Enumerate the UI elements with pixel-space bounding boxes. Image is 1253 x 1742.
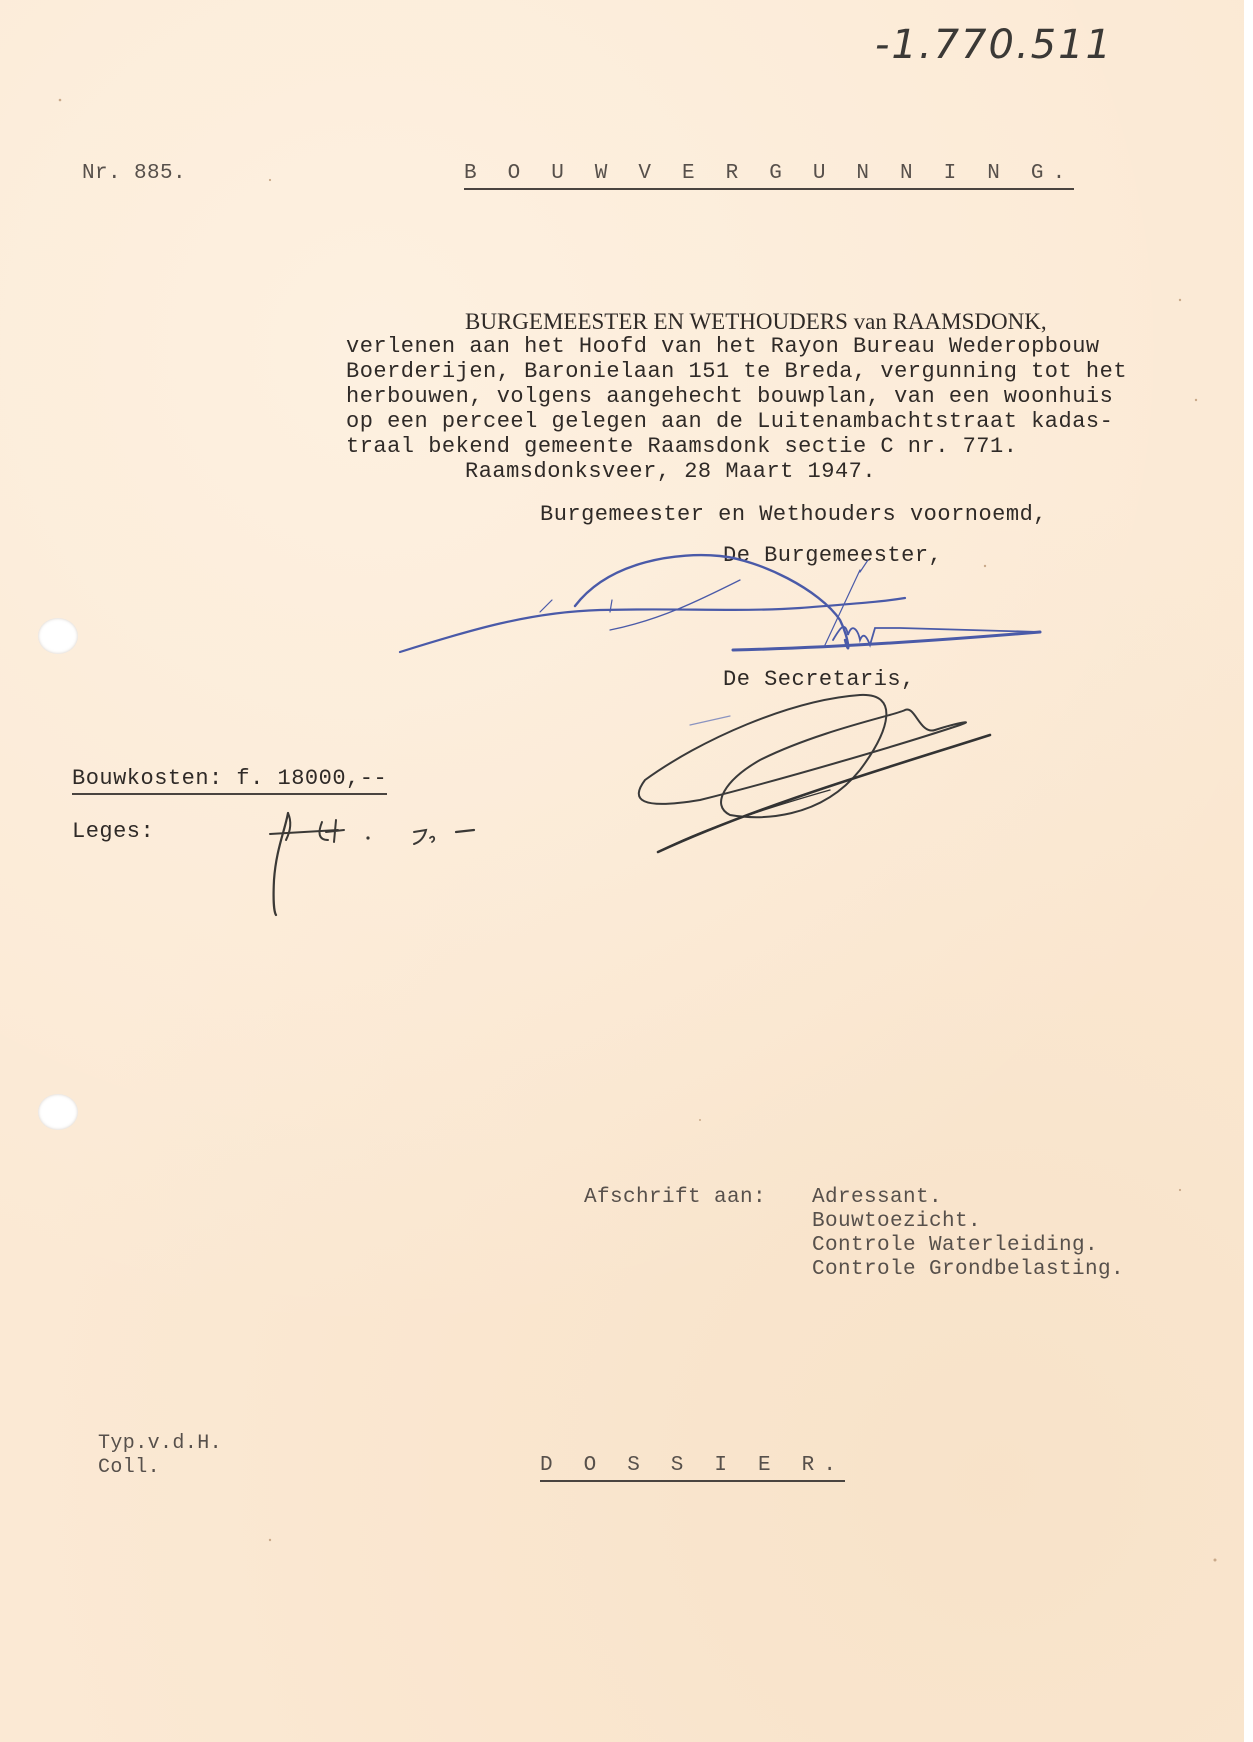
mayor-signature-icon [400,555,1040,652]
secretary-signature-icon [639,695,966,817]
signatures-and-handwriting [0,0,1244,1742]
leges-handwriting-icon [270,813,474,915]
paper-specks-icon [59,99,1217,1562]
secretary-signature-stroke-icon [658,716,990,852]
document-page: -1.770.511 Nr. 885. B O U W V E R G U N … [0,0,1244,1742]
